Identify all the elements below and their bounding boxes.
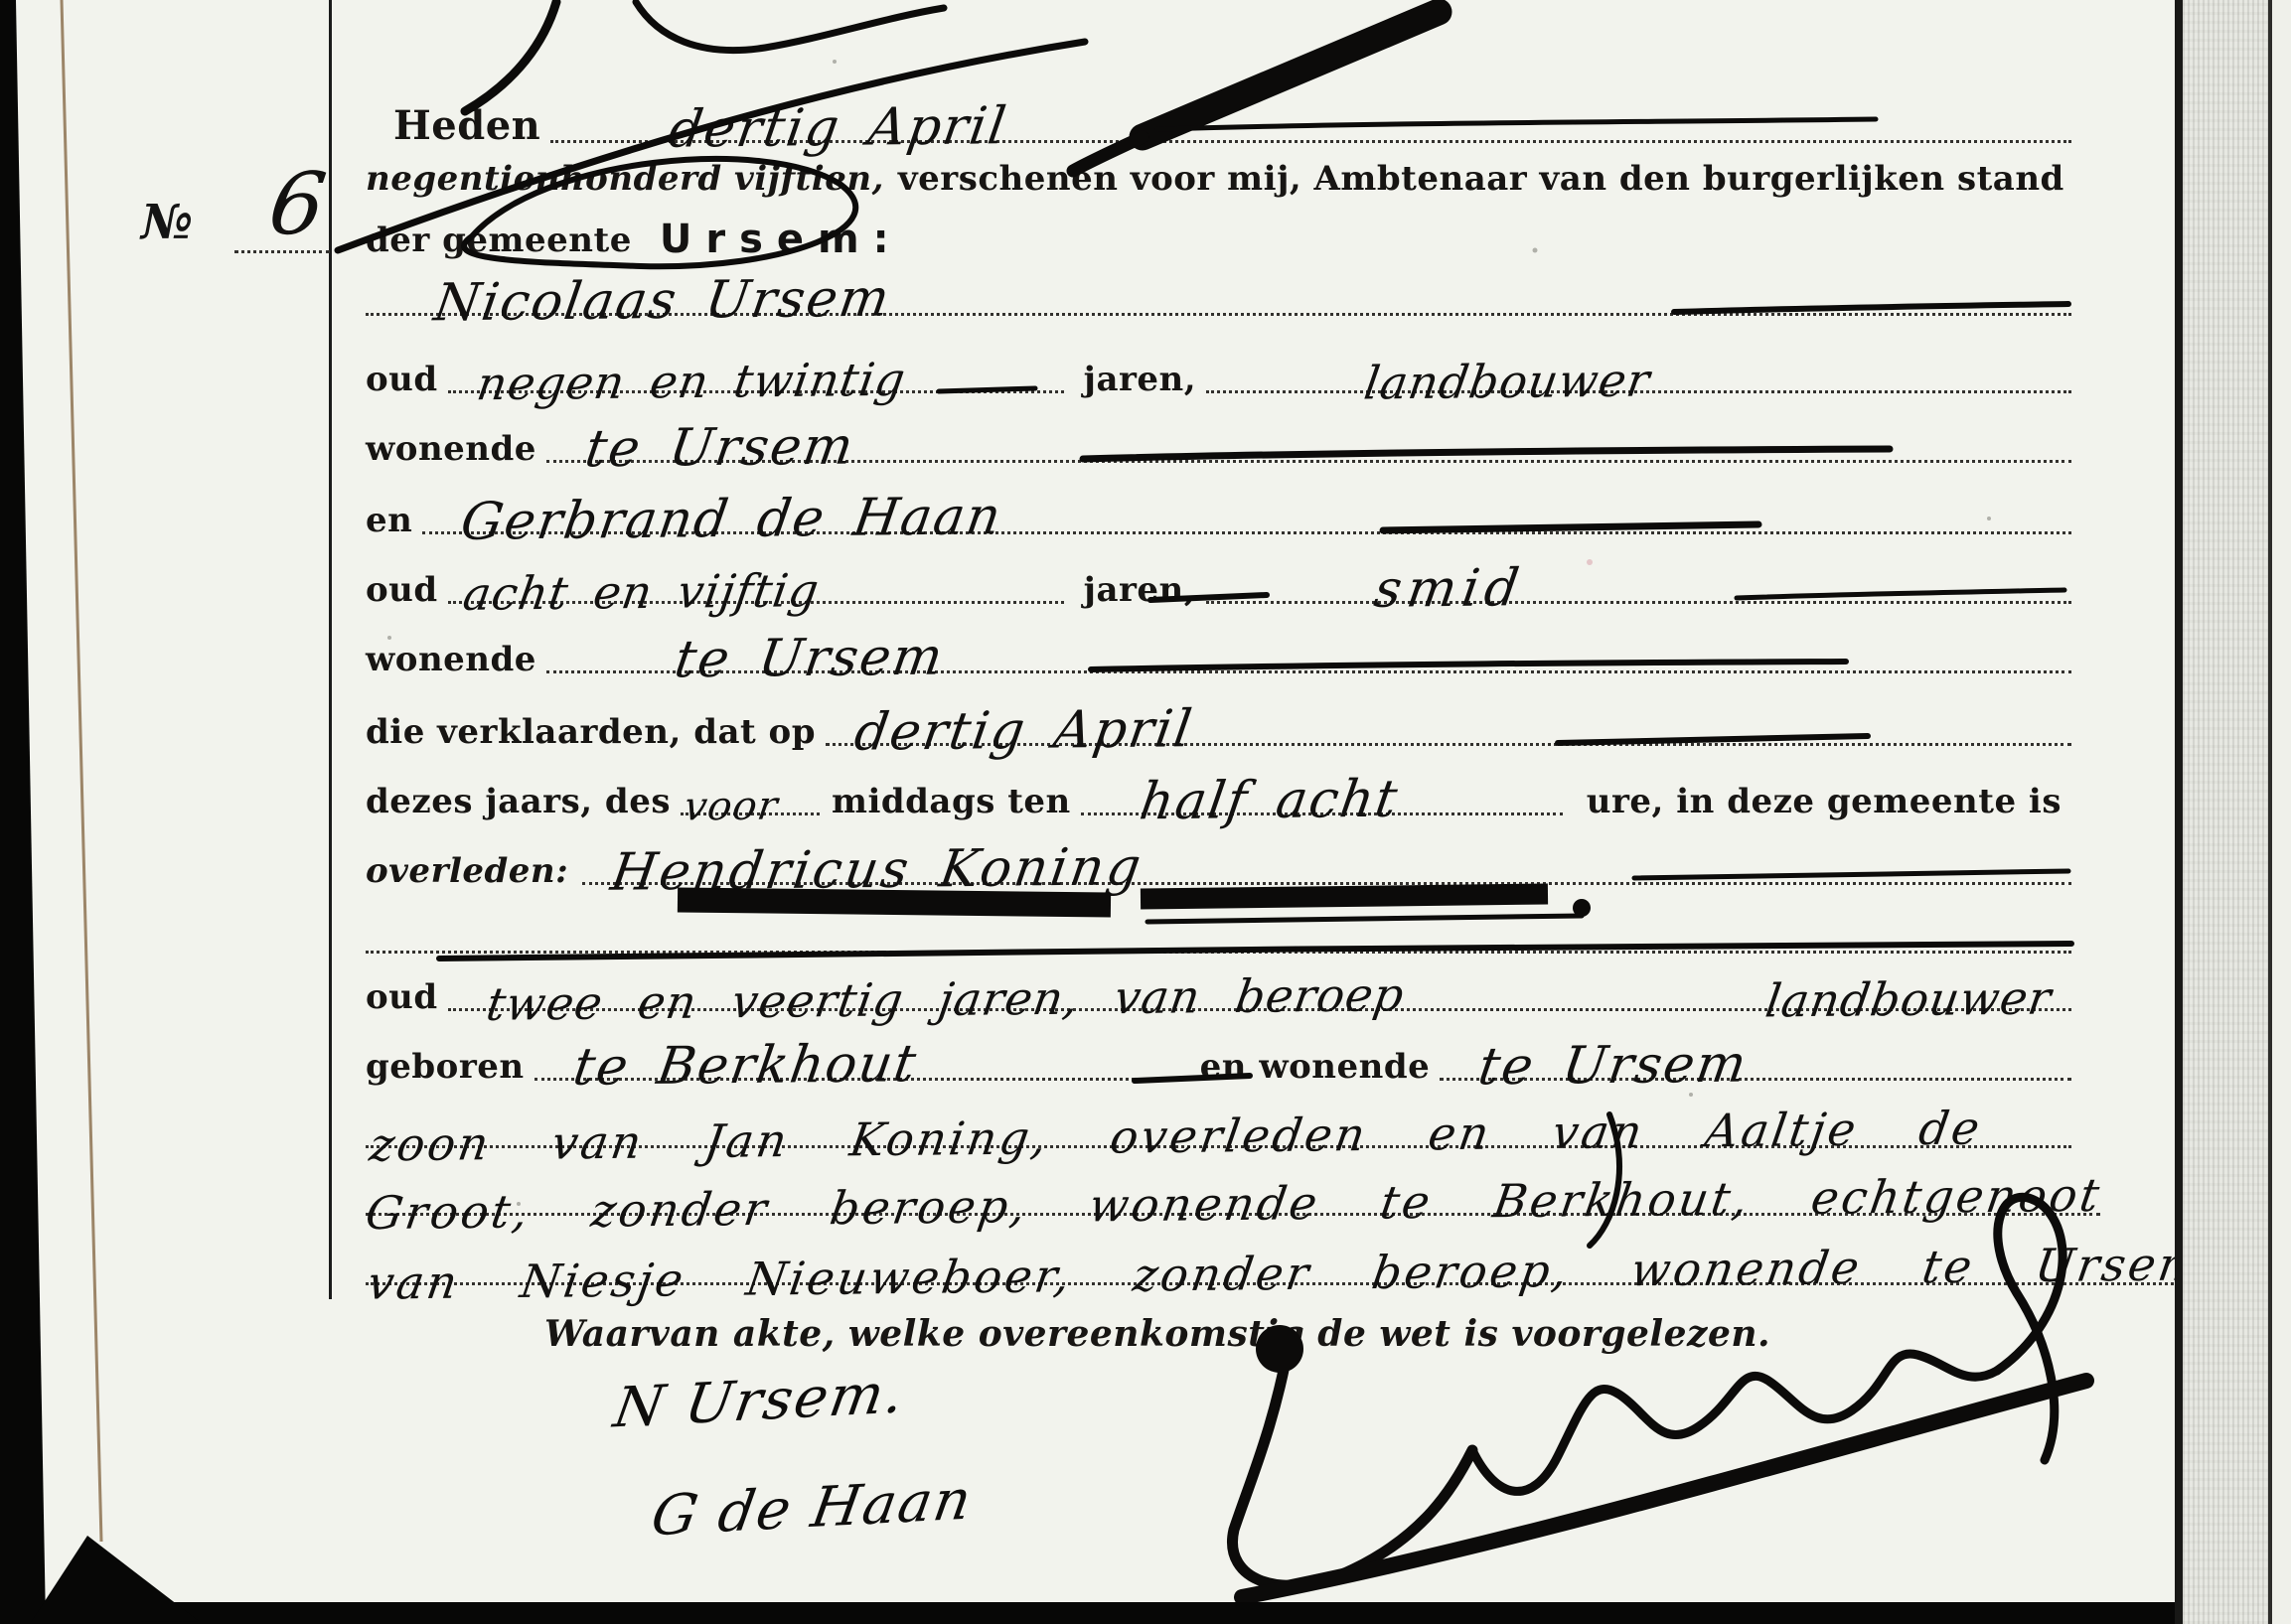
parents-line2: Groot, zonder beroep, wonende te Berkhou… (363, 1172, 2105, 1236)
spouse-line-rule: van Niesje Nieuweboer, zonder beroep, wo… (366, 1251, 2204, 1285)
en-label: en (366, 501, 422, 542)
line-death-time: dezes jaars, des voor middags ten half a… (366, 764, 2071, 823)
deceased-age-line: twee en veertig jaren, van beroep landbo… (448, 976, 2071, 1011)
declarant2-age: acht en vijftig (460, 567, 822, 617)
verschenen-text: verschenen voor mij, Ambtenaar van den b… (898, 159, 2074, 201)
declarant1-profession: landbouwer (1361, 358, 1653, 406)
line-gemeente: der gemeente Ursem: (366, 211, 2071, 262)
line-declarant1-residence: wonende te Ursem (366, 411, 2071, 471)
time-value: half acht (1137, 774, 1403, 828)
year-text: negentienhonderd vijftien, (366, 159, 898, 201)
middags-label: middags ten (820, 782, 1081, 823)
daypart-line: voor (681, 787, 820, 815)
line-declarant2-residence: wonende te Ursem (366, 622, 2071, 681)
parents-line1: zoon van Jan Koning, overleden en van Aa… (367, 1106, 1985, 1168)
heden-label: Heden (366, 102, 550, 151)
line-heden: Heden dertig April (366, 91, 2071, 151)
waarvan-text: Waarvan akte, welke overeenkomstig de we… (366, 1313, 1784, 1357)
line-declarant2-age: oud acht en vijftig jaren, smid (366, 552, 2071, 612)
act-number-symbol: № (141, 195, 193, 250)
oud-label-3: oud (366, 977, 448, 1019)
ure-label: ure, in deze gemeente is (1563, 782, 2071, 823)
dezes-label: dezes jaars, des (366, 782, 681, 823)
declarant1-age: negen en twintig (474, 357, 909, 407)
declarant2-profession: smid (1371, 562, 1528, 616)
deceased-residence: te Ursem (1475, 1039, 1752, 1094)
deceased-residence-line: te Ursem (1440, 1040, 2071, 1081)
line-waarvan: Waarvan akte, welke overeenkomstig de we… (366, 1303, 2071, 1357)
jaren-label-1: jaren, (1064, 360, 1206, 401)
declarant1-name: Nicolaas Ursem (431, 273, 894, 330)
declarant2-age-line: acht en vijftig (448, 569, 1064, 604)
deceased-name: Hendricus Koning (608, 841, 1146, 899)
declarant1-name-line: Nicolaas Ursem (366, 275, 2071, 316)
line-verklaarden: die verklaarden, dat op dertig April (366, 694, 2071, 754)
declarant1-age-line: negen en twintig (448, 359, 1064, 393)
adjacent-page-edge-band (2183, 0, 2268, 1624)
oud-label-2: oud (366, 570, 448, 612)
death-date: dertig April (851, 703, 1196, 759)
scanner-margin (2272, 0, 2291, 1624)
gemeente-label: der gemeente (366, 221, 642, 262)
oud-label-1: oud (366, 360, 448, 401)
line-parents-1: zoon van Jan Koning, overleden en van Aa… (366, 1097, 2071, 1156)
death-certificate-page: № 6 Heden dertig April negentienhonderd … (0, 0, 2291, 1624)
parents-line1-rule: zoon van Jan Koning, overleden en van Aa… (366, 1113, 2071, 1148)
en-wonende-label: en wonende (1170, 1047, 1441, 1089)
verklaarden-label: die verklaarden, dat op (366, 712, 826, 754)
parents-line2-rule: Groot, zonder beroep, wonende te Berkhou… (366, 1181, 2100, 1216)
line-declarant1-name: Nicolaas Ursem (366, 264, 2071, 324)
geboren-label: geboren (366, 1047, 535, 1089)
birthplace-line: te Berkhout (535, 1040, 1170, 1081)
declarant2-name: Gerbrand de Haan (458, 491, 1006, 548)
declarant1-residence: te Ursem (582, 421, 858, 476)
line-deceased-born: geboren te Berkhout en wonende te Ursem (366, 1029, 2071, 1089)
line-parents-2: Groot, zonder beroep, wonende te Berkhou… (366, 1164, 2071, 1224)
margin-rule (329, 0, 332, 1299)
jaren-label-2: jaren, (1064, 570, 1206, 612)
deceased-name-line: Hendricus Koning (582, 844, 2071, 885)
ink-dot (1573, 899, 1591, 917)
page-edge-line (2175, 0, 2183, 1624)
death-date-line: dertig April (826, 705, 2071, 746)
signature-witness2: G de Haan (647, 1468, 978, 1550)
overleden-label: overleden: (366, 851, 582, 893)
declarant1-residence-line: te Ursem (546, 422, 2071, 463)
declarant2-residence: te Ursem (672, 632, 948, 686)
voided-blank-line (366, 951, 2071, 954)
time-line: half acht (1081, 775, 1563, 815)
spouse-line: van Niesje Nieuweboer, zonder beroep, wo… (365, 1241, 2209, 1305)
deceased-profession: landbouwer (1763, 975, 2056, 1024)
wonende-label-2: wonende (366, 640, 546, 681)
signature-witness1: N Ursem. (609, 1361, 910, 1440)
line-declarant2-name: en Gerbrand de Haan (366, 483, 2071, 542)
heden-blank-line: dertig April (550, 102, 2071, 143)
line-spouse: van Niesje Nieuweboer, zonder beroep, wo… (366, 1234, 2071, 1293)
line-year: negentienhonderd vijftien, verschenen vo… (366, 149, 2071, 201)
declarant2-residence-line: te Ursem (546, 633, 2071, 673)
line-overleden: overleden: Hendricus Koning (366, 833, 2071, 893)
deceased-age-beroep: twee en veertig jaren, van beroep (484, 971, 1408, 1027)
death-report-date: dertig April (666, 100, 1010, 156)
daypart-value: voor (682, 787, 781, 827)
wonende-label-1: wonende (366, 429, 546, 471)
line-declarant1-age: oud negen en twintig jaren, landbouwer (366, 342, 2071, 401)
line-voided-blank (366, 922, 2071, 961)
birthplace: te Berkhout (570, 1038, 921, 1094)
declarant2-profession-line: smid (1206, 563, 2071, 604)
gemeente-name: Ursem: (660, 217, 903, 262)
declarant2-name-line: Gerbrand de Haan (422, 494, 2071, 534)
declarant1-profession-line: landbouwer (1206, 359, 2071, 393)
line-deceased-age: oud twee en veertig jaren, van beroep la… (366, 960, 2071, 1019)
